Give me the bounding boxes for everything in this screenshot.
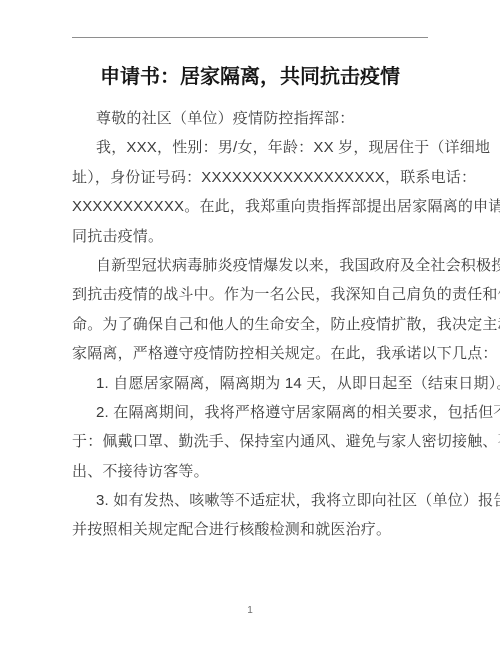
document-line: 到抗击疫情的战斗中。作为一名公民，我深知自己肩负的责任和使	[72, 280, 432, 309]
document-line: 于：佩戴口罩、勤洗手、保持室内通风、避免与家人密切接触、不外	[72, 427, 432, 456]
document-line: 并按照相关规定配合进行核酸检测和就医治疗。	[72, 515, 432, 544]
document-body: 尊敬的社区（单位）疫情防控指挥部：我，XXX，性别：男/女，年龄：XX 岁，现居…	[72, 104, 432, 545]
document-line: 尊敬的社区（单位）疫情防控指挥部：	[72, 104, 432, 133]
document-title: 申请书：居家隔离，共同抗击疫情	[0, 62, 500, 92]
page-number: 1	[0, 604, 500, 618]
document-line: 命。为了确保自己和他人的生命安全，防止疫情扩散，我决定主动居	[72, 310, 432, 339]
document-line: 家隔离，严格遵守疫情防控相关规定。在此，我承诺以下几点：	[72, 339, 432, 368]
document-line: 1. 自愿居家隔离，隔离期为 14 天，从即日起至（结束日期）。	[72, 369, 432, 398]
document-page: 申请书：居家隔离，共同抗击疫情 尊敬的社区（单位）疫情防控指挥部：我，XXX，性…	[0, 0, 500, 647]
document-line: XXXXXXXXXXX。在此，我郑重向贵指挥部提出居家隔离的申请，共	[72, 192, 432, 221]
document-line: 2. 在隔离期间，我将严格遵守居家隔离的相关要求，包括但不限	[72, 398, 432, 427]
document-line: 出、不接待访客等。	[72, 457, 432, 486]
document-line: 同抗击疫情。	[72, 222, 432, 251]
document-line: 3. 如有发热、咳嗽等不适症状，我将立即向社区（单位）报告，	[72, 486, 432, 515]
document-line: 自新型冠状病毒肺炎疫情爆发以来，我国政府及全社会积极投入	[72, 251, 432, 280]
header-rule	[72, 37, 428, 38]
document-line: 址），身份证号码：XXXXXXXXXXXXXXXXXX，联系电话：	[72, 163, 432, 192]
document-line: 我，XXX，性别：男/女，年龄：XX 岁，现居住于（详细地	[72, 133, 432, 162]
